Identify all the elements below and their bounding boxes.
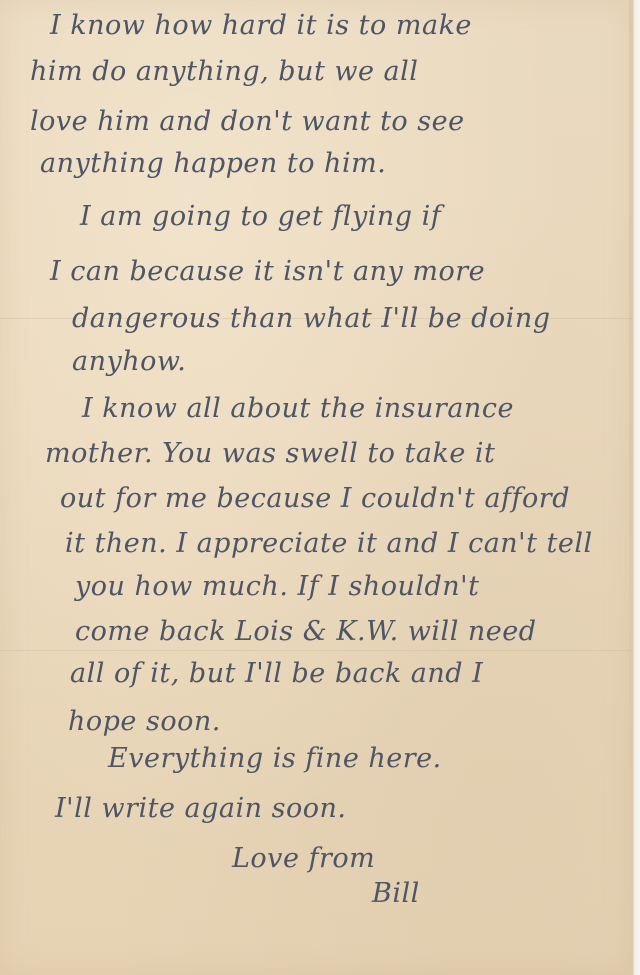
closing-text: Love from (232, 845, 375, 872)
letter-line: him do anything, but we all (30, 58, 418, 85)
letter-line: I am going to get flying if (80, 203, 441, 230)
letter-line: I can because it isn't any more (50, 258, 485, 285)
letter-line: dangerous than what I'll be doing (72, 305, 551, 332)
letter-line: Everything is fine here. (108, 745, 442, 772)
letter-line: anything happen to him. (40, 150, 386, 177)
letter-line: you how much. If I shouldn't (75, 573, 479, 600)
letter-line: I'll write again soon. (55, 795, 346, 822)
letter-line: anyhow. (72, 348, 186, 375)
letter-line: hope soon. (68, 708, 221, 735)
paper-edge (632, 0, 640, 975)
letter-line: it then. I appreciate it and I can't tel… (65, 530, 593, 557)
letter-line: come back Lois & K.W. will need (75, 618, 537, 645)
paper-fold (0, 650, 632, 651)
letter-line: mother. You was swell to take it (45, 440, 495, 467)
letter-line: I know all about the insurance (82, 395, 514, 422)
letter-page: I know how hard it is to make him do any… (0, 0, 632, 975)
letter-line: out for me because I couldn't afford (60, 485, 570, 512)
letter-line: love him and don't want to see (30, 108, 465, 135)
signature: Bill (372, 880, 420, 907)
letter-line: I know how hard it is to make (50, 12, 472, 39)
letter-line: all of it, but I'll be back and I (70, 660, 483, 687)
